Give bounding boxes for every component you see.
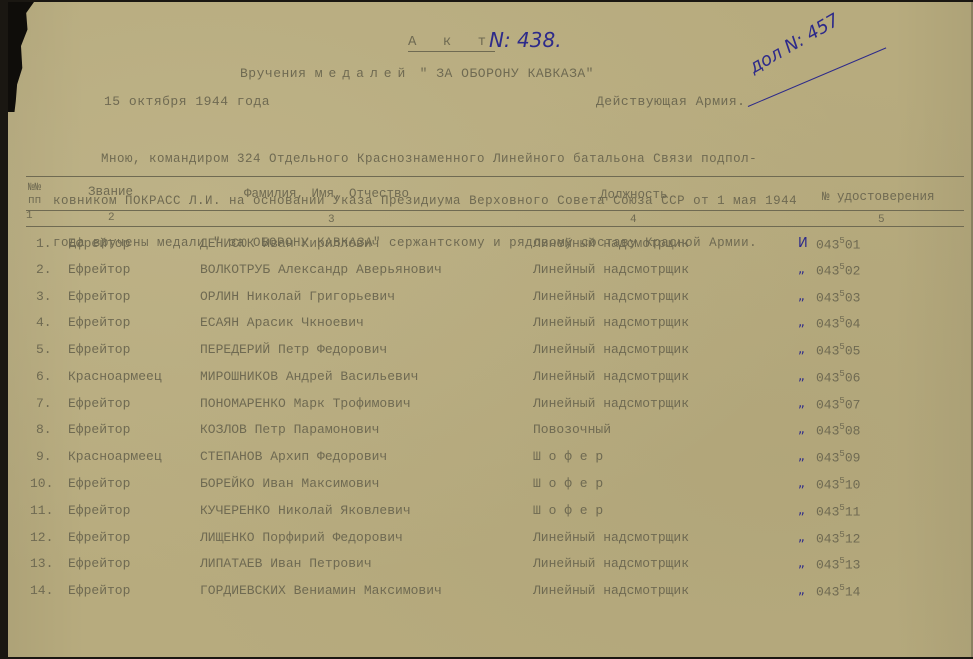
date-day: 15 bbox=[104, 94, 121, 109]
header-position: Должность bbox=[600, 188, 668, 202]
table-row: 9. Красноармеец СТЕПАНОВ Архип Федорович… bbox=[8, 449, 971, 473]
torn-corner bbox=[8, 2, 34, 112]
act-number-handwritten: N: 438. bbox=[489, 28, 562, 52]
table-row: 3. Ефрейтор ОРЛИН Николай Григорьевич Ли… bbox=[8, 289, 971, 313]
subtitle-prefix: Вручения bbox=[240, 66, 306, 81]
table-row: 2. Ефрейтор ВОЛКОТРУБ Александр Аверьяно… bbox=[8, 262, 971, 286]
column-number: 4 bbox=[630, 214, 637, 226]
document-page: А к т N: 438. Вручения медалей " ЗА ОБОР… bbox=[8, 2, 973, 657]
document-subtitle: Вручения медалей " ЗА ОБОРОНУ КАВКАЗА" bbox=[240, 66, 594, 81]
header-num: №№ пп bbox=[28, 182, 41, 208]
army-label: Действующая Армия. bbox=[596, 94, 745, 109]
file-number-handwritten: дол N: 457 bbox=[746, 10, 843, 78]
table-row: 5. Ефрейтор ПЕРЕДЕРИЙ Петр Федорович Лин… bbox=[8, 342, 971, 366]
header-name: Фамилия, Имя, Отчество bbox=[244, 187, 409, 201]
subtitle-medals: медалей bbox=[315, 66, 412, 81]
header-certificate: № удостоверения bbox=[822, 190, 935, 204]
column-number: 5 bbox=[878, 214, 885, 226]
subtitle-medal-name: " ЗА ОБОРОНУ КАВКАЗА" bbox=[420, 66, 594, 81]
table-row: 11. Ефрейтор КУЧЕРЕНКО Николай Яковлевич… bbox=[8, 503, 971, 527]
table-top-rule bbox=[26, 176, 964, 177]
table-row: 14. Ефрейтор ГОРДИЕВСКИХ Вениамин Максим… bbox=[8, 583, 971, 607]
date-rest: октября 1944 года bbox=[129, 94, 270, 109]
column-number: 3 bbox=[328, 214, 335, 226]
document-title: А к т bbox=[408, 34, 495, 52]
table-row: 10. Ефрейтор БОРЕЙКО Иван Максимович Ш о… bbox=[8, 476, 971, 500]
column-number: 1 bbox=[26, 210, 33, 222]
table-row: 7. Ефрейтор ПОНОМАРЕНКО Марк Трофимович … bbox=[8, 396, 971, 420]
document-date: 15 октября 1944 года bbox=[104, 94, 270, 109]
header-rule bbox=[26, 210, 964, 211]
table-row: 1. Ефрейтор ДЕНИСЮК Иван Кириллович Лине… bbox=[8, 236, 971, 260]
table-body-rule bbox=[26, 226, 964, 227]
intro-line: ковником ПОКРАСС Л.И. на основании Указа… bbox=[53, 194, 797, 208]
table-row: 4. Ефрейтор ЕСАЯН Арасик Чкноевич Линейн… bbox=[8, 315, 971, 339]
table-row: 6. Красноармеец МИРОШНИКОВ Андрей Василь… bbox=[8, 369, 971, 393]
table-row: 13. Ефрейтор ЛИПАТАЕВ Иван Петрович Лине… bbox=[8, 556, 971, 580]
table-row: 8. Ефрейтор КОЗЛОВ Петр Парамонович Пово… bbox=[8, 422, 971, 446]
table-row: 12. Ефрейтор ЛИЩЕНКО Порфирий Федорович … bbox=[8, 530, 971, 554]
column-number: 2 bbox=[108, 212, 115, 224]
header-rank: Звание bbox=[88, 185, 133, 199]
intro-line: Мною, командиром 324 Отдельного Краснозн… bbox=[53, 152, 797, 166]
